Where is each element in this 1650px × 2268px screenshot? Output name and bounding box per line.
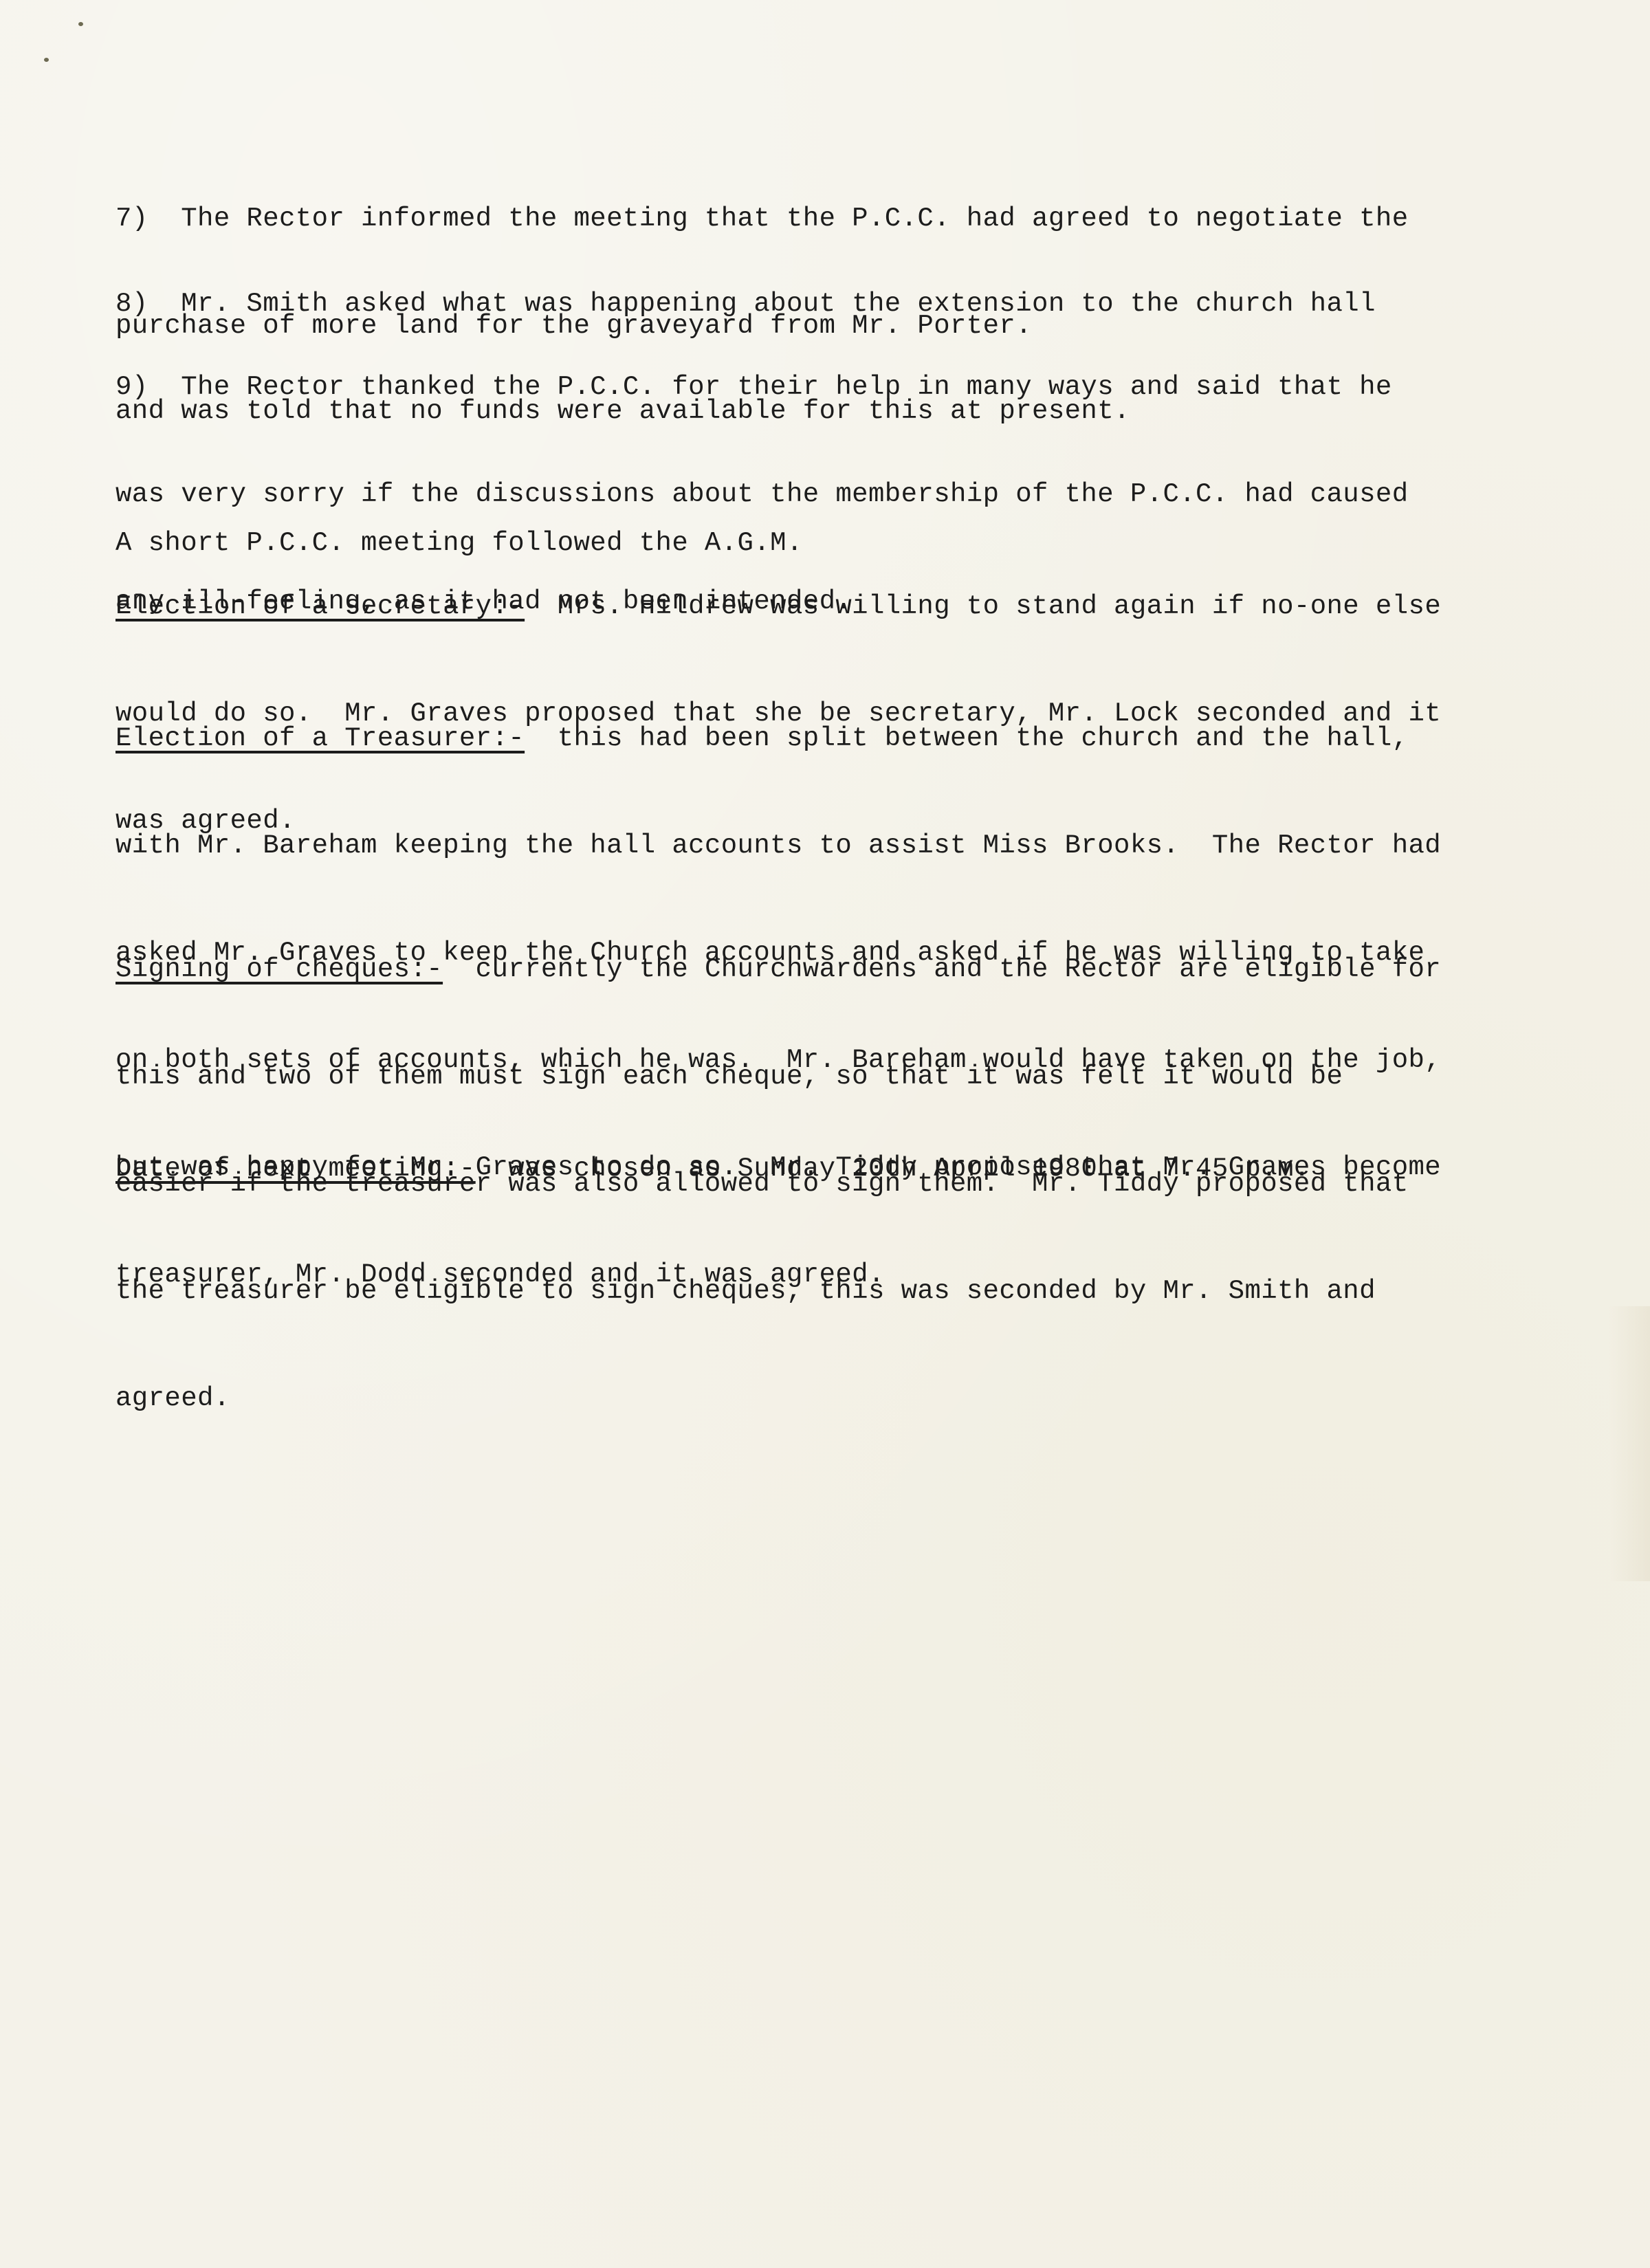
paper-crease bbox=[1609, 1306, 1650, 1581]
section-first-line: Election of a Treasurer:- this had been … bbox=[115, 720, 1559, 756]
paper-speck bbox=[44, 58, 49, 62]
section-first-line: Election of a secretary:- Mrs. Hildrew w… bbox=[115, 588, 1559, 624]
section-heading: Election of a secretary:- bbox=[115, 591, 525, 621]
section-first-line: Signing of cheques:- currently the Churc… bbox=[115, 951, 1559, 987]
section-heading: Date of next meeting:- bbox=[115, 1154, 476, 1184]
section-text: currently the Churchwardens and the Rect… bbox=[443, 954, 1441, 984]
section-text: was chosen as Sunday 20th April 1980 at … bbox=[476, 1154, 1310, 1184]
paper-speck bbox=[78, 22, 83, 26]
section-heading: Signing of cheques:- bbox=[115, 954, 443, 984]
item-line: 9) The Rector thanked the P.C.C. for the… bbox=[115, 369, 1559, 405]
section-first-line: Date of next meeting:- was chosen as Sun… bbox=[115, 1151, 1559, 1187]
section-text: Mrs. Hildrew was willing to stand again … bbox=[525, 591, 1441, 621]
section-next-meeting: Date of next meeting:- was chosen as Sun… bbox=[115, 1079, 1559, 1258]
section-heading: Election of a Treasurer:- bbox=[115, 723, 525, 753]
section-line: with Mr. Bareham keeping the hall accoun… bbox=[115, 828, 1559, 863]
section-text: this had been split between the church a… bbox=[525, 723, 1408, 753]
section-line: agreed. bbox=[115, 1380, 1559, 1416]
document-page: 7) The Rector informed the meeting that … bbox=[0, 0, 1650, 2268]
section-line: the treasurer be eligible to sign cheque… bbox=[115, 1273, 1559, 1309]
